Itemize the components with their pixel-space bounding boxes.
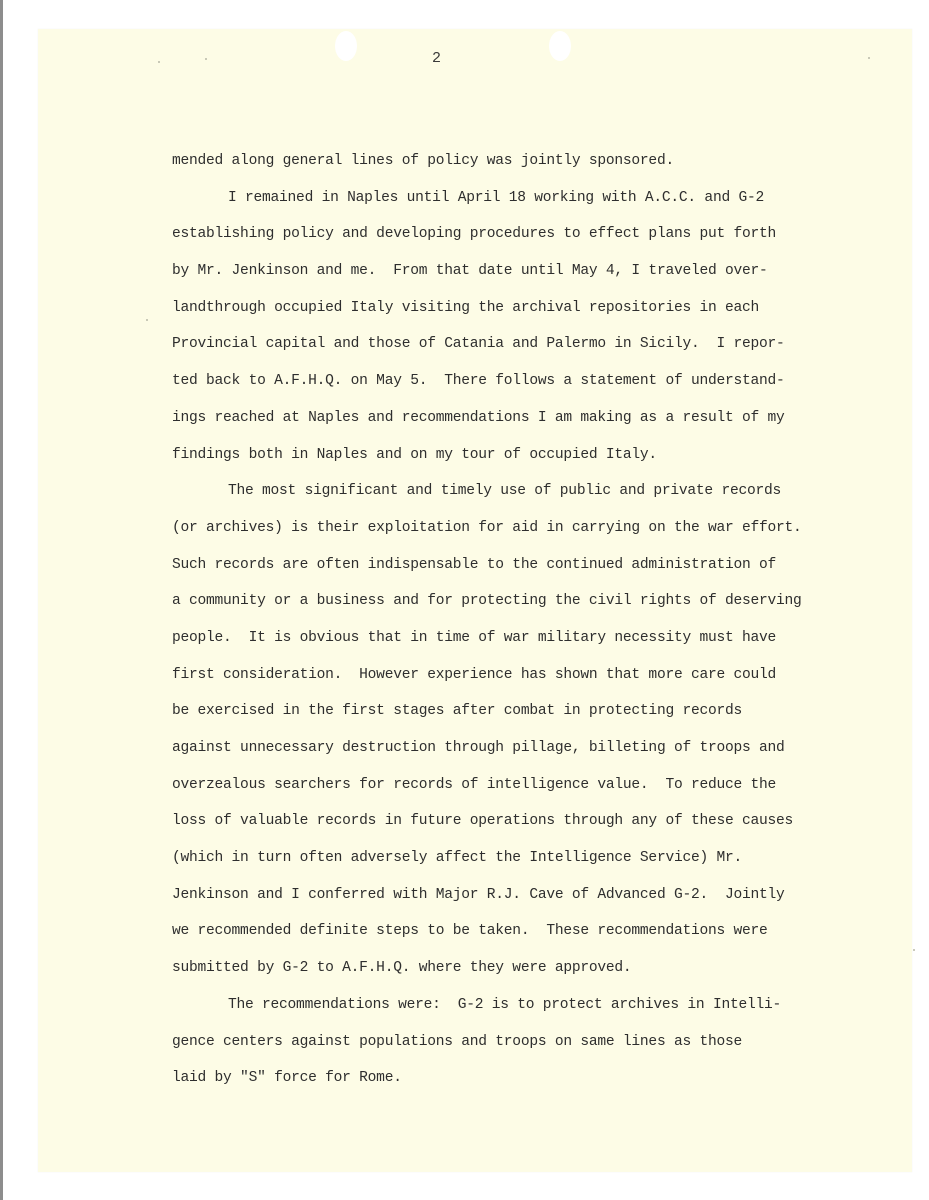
text-line: first consideration. However experience … [172,657,852,694]
text-line: findings both in Naples and on my tour o… [172,437,852,474]
paragraph-1: mended along general lines of policy was… [172,143,852,180]
text-line: by Mr. Jenkinson and me. From that date … [172,253,852,290]
page-number: 2 [432,50,441,67]
text-line: Jenkinson and I conferred with Major R.J… [172,877,852,914]
punch-hole-right [549,31,571,61]
text-line: submitted by G-2 to A.F.H.Q. where they … [172,950,852,987]
paragraph-3: The most significant and timely use of p… [172,473,852,987]
text-line: The most significant and timely use of p… [172,473,852,510]
text-line: laid by "S" force for Rome. [172,1060,852,1097]
text-line: (or archives) is their exploitation for … [172,510,852,547]
text-line: The recommendations were: G-2 is to prot… [172,987,852,1024]
text-line: landthrough occupied Italy visiting the … [172,290,852,327]
paper-speck [158,61,160,63]
text-line: against unnecessary destruction through … [172,730,852,767]
paper-speck [146,319,148,321]
paper-speck [205,58,207,60]
punch-hole-left [335,31,357,61]
text-line: (which in turn often adversely affect th… [172,840,852,877]
paper-speck [868,57,870,59]
text-line: a community or a business and for protec… [172,583,852,620]
text-line: ted back to A.F.H.Q. on May 5. There fol… [172,363,852,400]
text-line: establishing policy and developing proce… [172,216,852,253]
text-line: Such records are often indispensable to … [172,547,852,584]
scan-edge [0,0,3,1200]
text-line: people. It is obvious that in time of wa… [172,620,852,657]
text-line: Provincial capital and those of Catania … [172,326,852,363]
text-line: gence centers against populations and tr… [172,1024,852,1061]
text-line: mended along general lines of policy was… [172,143,852,180]
paragraph-2: I remained in Naples until April 18 work… [172,180,852,474]
document-body: mended along general lines of policy was… [172,143,852,1097]
paragraph-4: The recommendations were: G-2 is to prot… [172,987,852,1097]
text-line: ings reached at Naples and recommendatio… [172,400,852,437]
text-line: I remained in Naples until April 18 work… [172,180,852,217]
text-line: overzealous searchers for records of int… [172,767,852,804]
paper-speck [913,949,915,951]
text-line: be exercised in the first stages after c… [172,693,852,730]
text-line: loss of valuable records in future opera… [172,803,852,840]
text-line: we recommended definite steps to be take… [172,913,852,950]
